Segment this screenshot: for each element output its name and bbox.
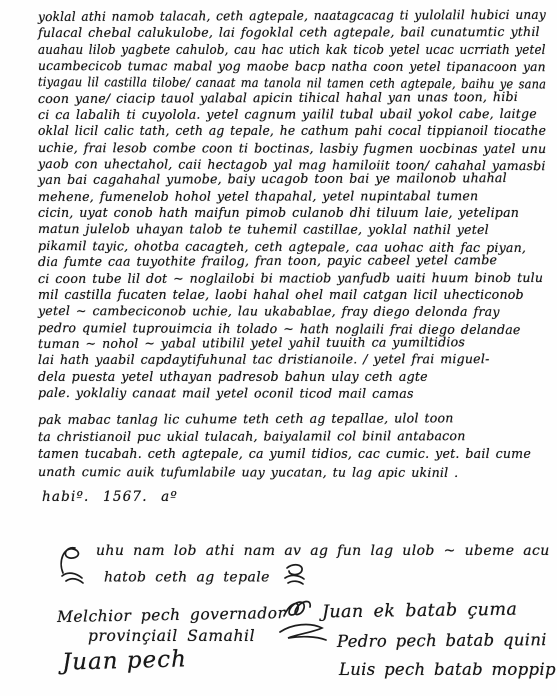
rubric-knot-icon — [56, 543, 90, 589]
manuscript-paragraph-2: pak mabac tanlag lic cuhume teth ceth ag… — [38, 411, 541, 480]
manuscript-line: dia fumte caa tuyothite frailog, fran to… — [38, 252, 546, 270]
manuscript-paragraph-1: yoklal athi namob talacah, ceth agtepale… — [38, 9, 546, 401]
postscript-line: hatob ceth ag tepale — [104, 562, 557, 593]
manuscript-line: auahau lilob yagbete cahulob, cau hac ut… — [38, 42, 517, 58]
manuscript-line: pak mabac tanlag lic cuhume teth ceth ag… — [38, 409, 541, 428]
postscript-line-text: hatob ceth ag tepale — [104, 570, 270, 586]
signature-juan-pech: Juan pech — [62, 646, 188, 675]
rubric-scroll-icon — [279, 562, 309, 593]
manuscript-line: mehene, fumenelob hohol yetel thapahal, … — [38, 188, 546, 205]
manuscript-line: tuman ~ nohol ~ yabal utibilil yetel yah… — [38, 334, 546, 352]
postscript-block: uhu nam lob athi nam av ag fun lag ulob … — [56, 541, 557, 593]
manuscript-line: pale. yoklaliy canaat mail yetel oconil … — [38, 385, 546, 402]
manuscript-line: uchie, frai lesob combe coon ti boctinas… — [38, 140, 546, 157]
manuscript-line: dela puesta yetel uthayan padresob bahun… — [38, 369, 546, 385]
postscript-line: uhu nam lob athi nam av ag fun lag ulob … — [96, 541, 557, 562]
manuscript-line: unath cumic auik tufumlabile uay yucatan… — [38, 463, 541, 481]
manuscript-line: yan bai cagahahal yumobe, baiy ucagob to… — [38, 170, 546, 188]
manuscript-line: yoklal athi namob talacah, ceth agtepale… — [38, 7, 529, 25]
manuscript-line: lai hath yaabil capdaytifuhunal tac dris… — [38, 351, 546, 368]
manuscript-line: ci coon tube lil dot ~ noglailobi bi mac… — [38, 269, 546, 286]
manuscript-line: ta christianoil puc ukial tulacah, baiya… — [38, 427, 541, 445]
signature-melchior-pech-title: provinçiail Samahil — [88, 627, 255, 645]
date-line: habiº. 1567. aº — [42, 489, 178, 505]
manuscript-line: ucambecicob tumac mabal yog maobe bacp n… — [38, 58, 534, 75]
manuscript-page: yoklal athi namob talacah, ceth agtepale… — [0, 0, 557, 696]
signature-melchior-pech: Melchior pech governador — [57, 604, 286, 626]
manuscript-line: cicin, uyat conob hath maifun pimob cula… — [38, 205, 546, 221]
signature-pedro-pech: Pedro pech batab quini — [337, 630, 547, 651]
manuscript-line: matun julelob uhayan talob te tuhemil ca… — [38, 221, 546, 238]
manuscript-line: coon yane/ ciacip tauol yalabal apicin t… — [38, 89, 546, 107]
manuscript-line: ci ca labalih ti cuyolola. yetel cagnum … — [38, 106, 546, 123]
manuscript-line: fulacal chebal calukulobe, lai fogoklal … — [38, 24, 546, 41]
manuscript-line: oklal licil calic tath, ceth ag tepale, … — [38, 123, 534, 139]
manuscript-line: mil castilla fucaten telae, laobi hahal … — [38, 287, 546, 303]
manuscript-line: tamen tucabah. ceth agtepale, ca yumil t… — [38, 445, 541, 462]
signature-luis-pech: Luis pech batab moppip — [339, 660, 556, 679]
manuscript-line: yetel ~ cambeciconob uchie, lau ukababla… — [38, 303, 546, 320]
signature-juan-ek: Juan ek batab çuma — [322, 600, 518, 623]
